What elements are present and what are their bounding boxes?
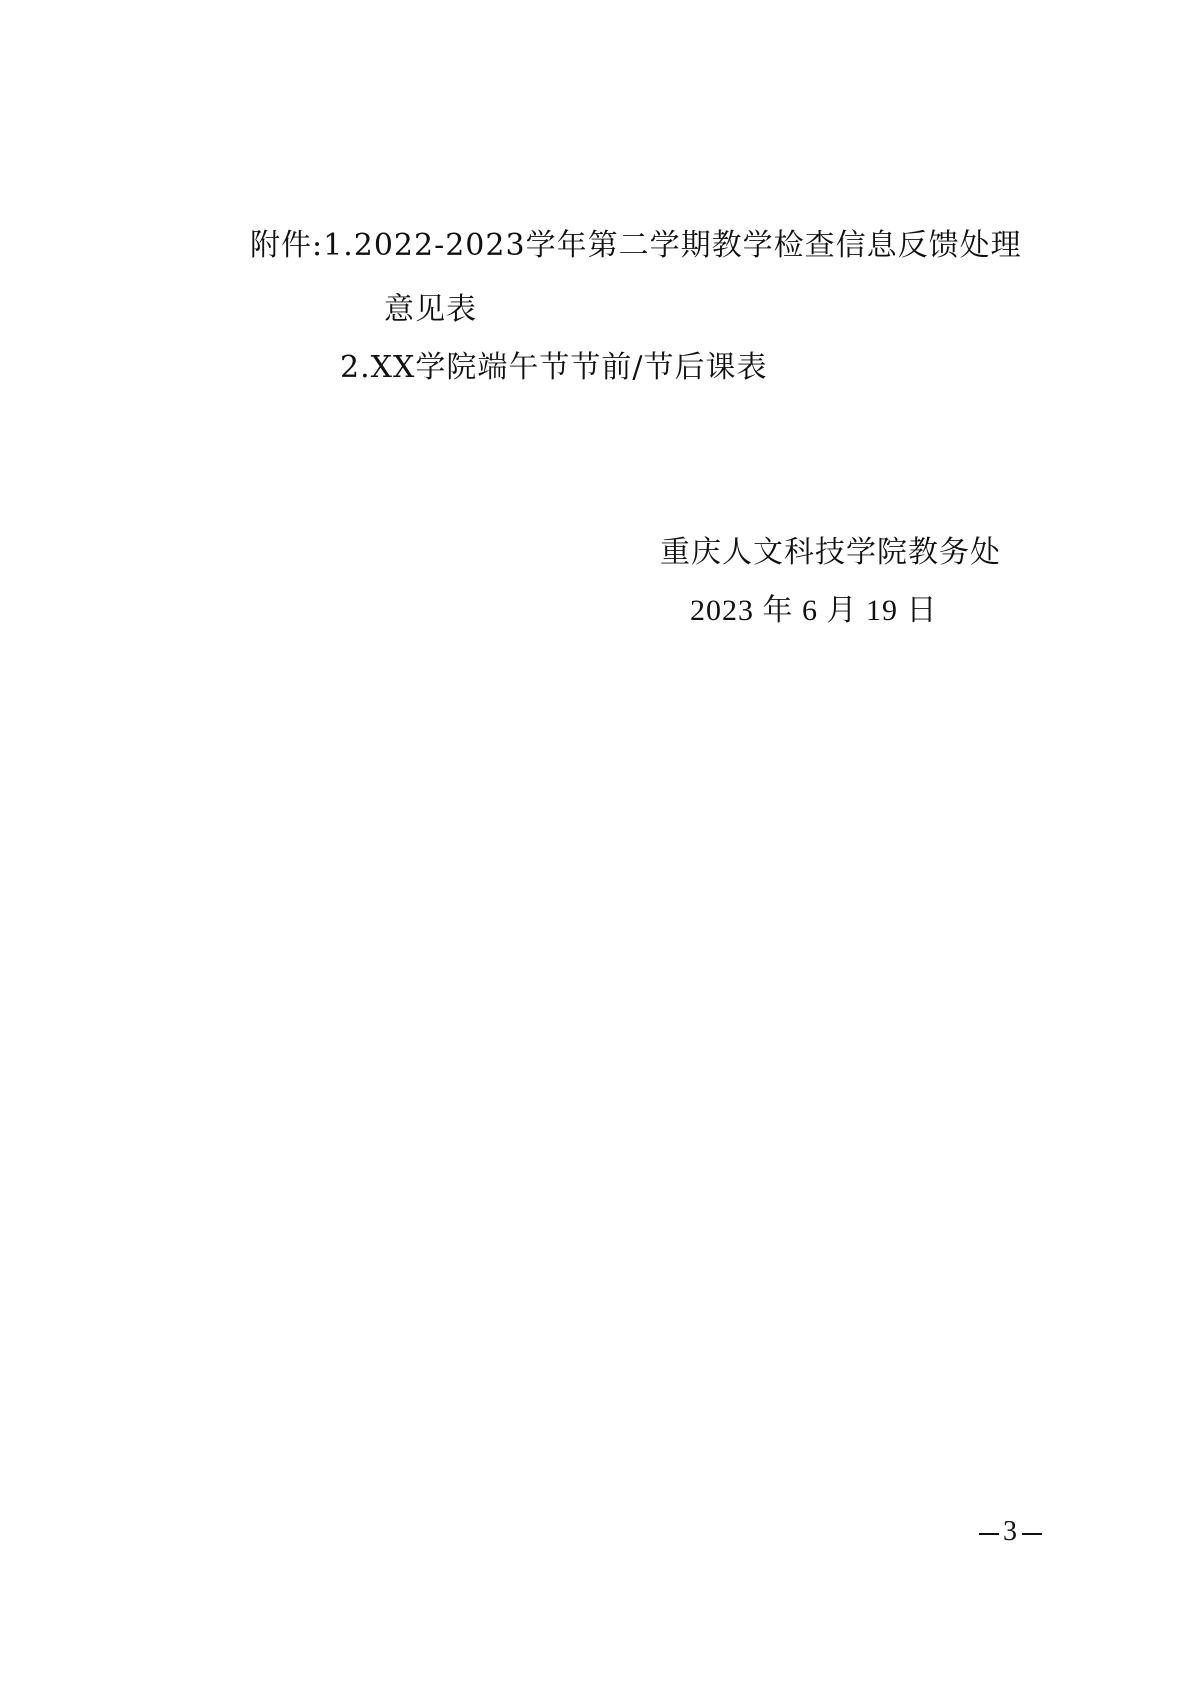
page-number-value: 3 [1003, 1516, 1018, 1547]
attachment-item-1-title: 1.2022-2023学年第二学期教学检查信息反馈处理 [323, 228, 1021, 263]
attachment-item-2: 2.XX学院端午节节前/节后课表 [340, 350, 767, 386]
signature-date: 2023 年 6 月 19 日 [690, 593, 938, 629]
dash-right [1022, 1533, 1042, 1535]
document-page: 附件:1.2022-2023学年第二学期教学检查信息反馈处理 意见表 2.XX学… [0, 0, 1191, 1684]
dash-left [979, 1533, 999, 1535]
attachment-item-1: 附件:1.2022-2023学年第二学期教学检查信息反馈处理 [250, 228, 1022, 264]
attachments-label: 附件: [250, 228, 323, 263]
signature-organization: 重庆人文科技学院教务处 [660, 535, 1001, 571]
page-number: 3 [975, 1514, 1046, 1550]
attachment-item-1-continuation: 意见表 [384, 292, 477, 328]
